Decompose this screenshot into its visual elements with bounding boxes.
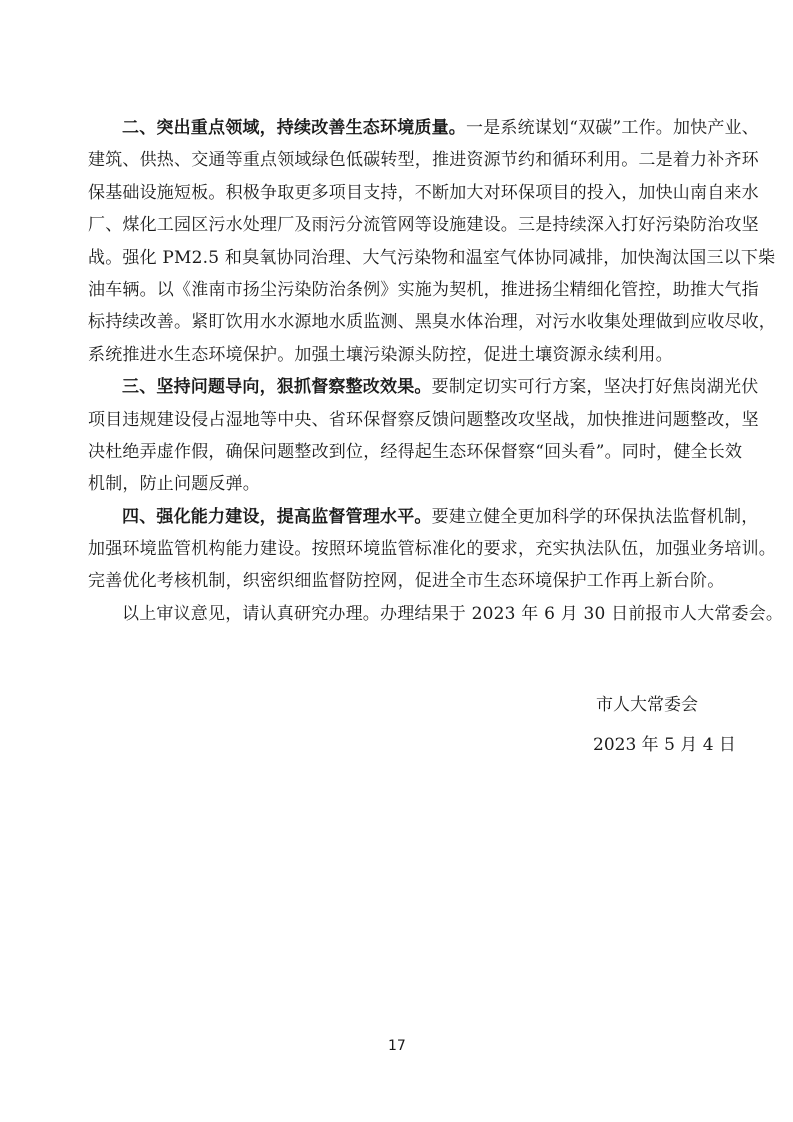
paragraph-line: 保基础设施短板。积极争取更多项目支持，不断加大对环保项目的投入，加快山南自来水: [88, 177, 708, 209]
paragraph-line: 油车辆。以《淮南市扬尘污染防治条例》实施为契机，推进扬尘精细化管控，助推大气指: [88, 274, 708, 306]
paragraph-line: 厂、煤化工园区污水处理厂及雨污分流管网等设施建设。三是持续深入打好污染防治攻坚: [88, 209, 708, 241]
paragraph-line: 标持续改善。紧盯饮用水水源地水质监测、黑臭水体治理，对污水收集处理做到应收尽收，: [88, 306, 708, 338]
signature-organization: 市人大常委会: [596, 689, 698, 721]
paragraph-line: 项目违规建设侵占湿地等中央、省环保督察反馈问题整改攻坚战，加快推进问题整改，坚: [88, 404, 708, 436]
paragraph-line: 三、坚持问题导向，狠抓督察整改效果。要制定切实可行方案，坚决打好焦岗湖光伏: [88, 371, 708, 403]
paragraph-line: 决杜绝弄虚作假，确保问题整改到位，经得起生态环保督察“回头看”。同时，健全长效: [88, 436, 708, 468]
paragraph-line: 四、强化能力建设，提高监督管理水平。要建立健全更加科学的环保执法监督机制，: [88, 501, 708, 533]
closing-line: 以上审议意见，请认真研究办理。办理结果于 2023 年 6 月 30 日前报市人…: [88, 598, 708, 630]
paragraph-line: 系统推进水生态环境保护。加强土壤污染源头防控，促进土壤资源永续利用。: [88, 339, 708, 371]
document-page: 二、突出重点领域，持续改善生态环境质量。一是系统谋划“双碳”工作。加快产业、 建…: [0, 0, 793, 1122]
paragraph-line: 完善优化考核机制，织密织细监督防控网，促进全市生态环境保护工作再上新台阶。: [88, 565, 708, 597]
page-number: 17: [388, 1038, 406, 1054]
section-heading: 三、坚持问题导向，狠抓督察整改效果。: [122, 377, 432, 397]
paragraph-line: 建筑、供热、交通等重点领域绿色低碳转型，推进资源节约和循环利用。二是着力补齐环: [88, 144, 708, 176]
paragraph-line: 机制，防止问题反弹。: [88, 468, 708, 500]
paragraph-line: 加强环境监管机构能力建设。按照环境监管标准化的要求，充实执法队伍，加强业务培训。: [88, 533, 708, 565]
signature-date: 2023 年 5 月 4 日: [593, 729, 736, 761]
section-heading: 四、强化能力建设，提高监督管理水平。: [122, 507, 432, 527]
paragraph-line: 二、突出重点领域，持续改善生态环境质量。一是系统谋划“双碳”工作。加快产业、: [88, 112, 708, 144]
section-heading: 二、突出重点领域，持续改善生态环境质量。: [122, 118, 466, 138]
paragraph-line: 战。强化 PM2.5 和臭氧协同治理、大气污染物和温室气体协同减排，加快淘汰国三…: [88, 242, 708, 274]
document-body: 二、突出重点领域，持续改善生态环境质量。一是系统谋划“双碳”工作。加快产业、 建…: [88, 112, 708, 630]
